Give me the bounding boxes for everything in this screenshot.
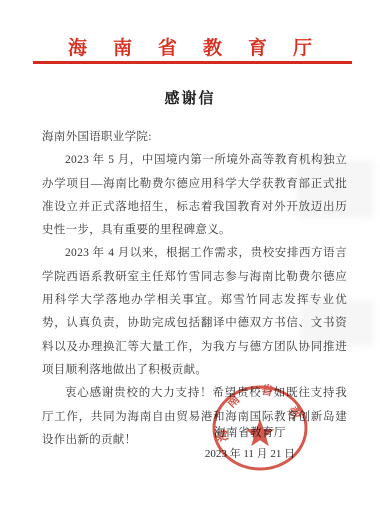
letter-title: 感谢信: [0, 87, 380, 108]
salutation: 海南外国语职业学院:: [42, 126, 347, 149]
letter-page: 海南省教育厅 感谢信 海南外国语职业学院: 2023 年 5 月，中国境内第一所…: [0, 0, 380, 526]
paragraph-2: 2023 年 4 月以来，根据工作需求，贵校安排西方语言学院西语系教研室主任郑竹…: [42, 242, 347, 382]
official-seal: 海南省教育厅: [204, 372, 316, 484]
letterhead-org: 海南省教育厅: [0, 33, 380, 60]
paragraph-1: 2023 年 5 月，中国境内第一所境外高等教育机构独立办学项目—海南比勒费尔德…: [42, 149, 347, 242]
letterhead-divider: [33, 61, 352, 64]
star-icon: [246, 419, 275, 446]
